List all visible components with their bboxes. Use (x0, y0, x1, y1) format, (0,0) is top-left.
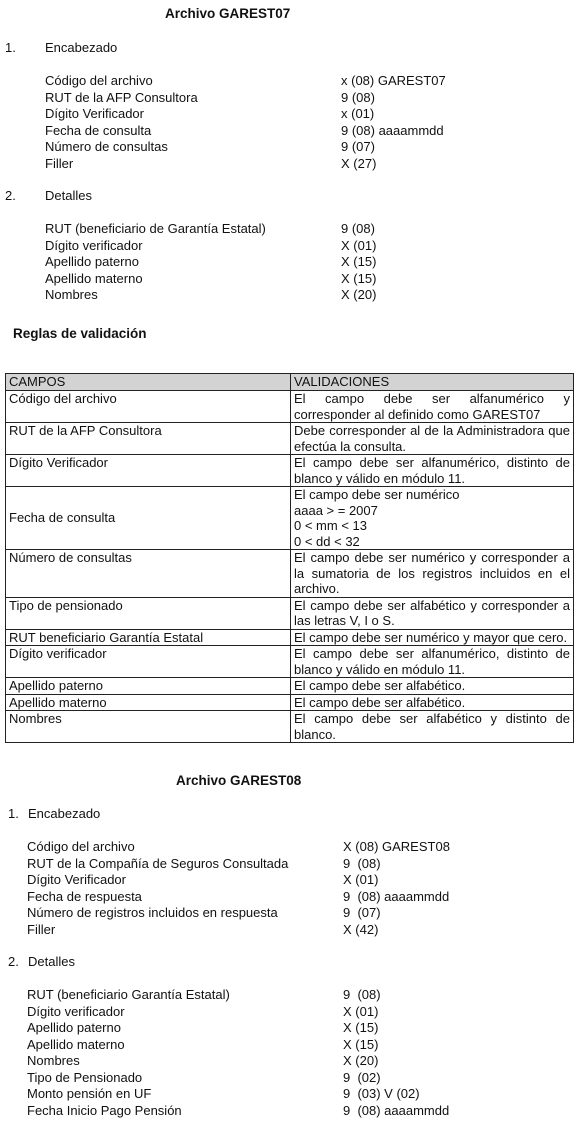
field-format: x (01) (341, 106, 374, 122)
field-format: X (15) (341, 271, 376, 287)
validacion-line: El campo debe ser numérico y corresponde… (294, 550, 570, 597)
field-row: Fecha Inicio Pago Pensión9 (08) aaaammdd (0, 1103, 585, 1119)
field-row: Tipo de Pensionado9 (02) (0, 1070, 585, 1086)
validacion-line: El campo debe ser alfanumérico, distinto… (294, 455, 570, 486)
doc1-section2-number: 2. (5, 188, 16, 204)
field-format: 9 (08) (343, 856, 381, 872)
field-row: FillerX (42) (0, 922, 585, 938)
validation-table: CAMPOS VALIDACIONES Código del archivoEl… (5, 373, 574, 743)
field-name: Dígito verificador (27, 1004, 125, 1020)
campo-cell: Número de consultas (6, 550, 291, 598)
validacion-line: El campo debe ser alfanumérico y corresp… (294, 391, 570, 422)
campo-cell: RUT beneficiario Garantía Estatal (6, 629, 291, 646)
validation-row: RUT beneficiario Garantía EstatalEl camp… (6, 629, 574, 646)
campo-cell: Apellido materno (6, 694, 291, 711)
field-row: RUT de la AFP Consultora9 (08) (0, 90, 585, 106)
doc1-section2-label: Detalles (45, 188, 92, 204)
field-name: Apellido materno (27, 1037, 125, 1053)
validacion-line: Debe corresponder al de la Administrador… (294, 423, 570, 454)
field-format: 9 (07) (341, 139, 375, 155)
field-name: Dígito Verificador (45, 106, 144, 122)
validation-table-header: CAMPOS VALIDACIONES (6, 374, 574, 391)
validacion-cell: El campo debe ser alfabético y distinto … (291, 711, 574, 743)
field-name: RUT (beneficiario de Garantía Estatal) (45, 221, 266, 237)
field-name: Dígito Verificador (27, 872, 126, 888)
field-name: Código del archivo (27, 839, 135, 855)
validation-row: Código del archivoEl campo debe ser alfa… (6, 391, 574, 423)
field-name: RUT de la AFP Consultora (45, 90, 198, 106)
campo-cell: Dígito verificador (6, 646, 291, 678)
field-format: 9 (02) (343, 1070, 381, 1086)
field-row: Código del archivoX (08) GAREST08 (0, 839, 585, 855)
field-name: Código del archivo (45, 73, 153, 89)
field-format: X (01) (343, 872, 378, 888)
field-name: Apellido paterno (27, 1020, 121, 1036)
validacion-line: El campo debe ser alfabético. (294, 695, 570, 711)
field-name: Fecha Inicio Pago Pensión (27, 1103, 182, 1119)
field-format: X (20) (341, 287, 376, 303)
field-row: NombresX (20) (0, 1053, 585, 1069)
field-name: Número de consultas (45, 139, 168, 155)
field-row: Apellido maternoX (15) (0, 1037, 585, 1053)
field-name: Fecha de respuesta (27, 889, 142, 905)
validacion-line: aaaa > = 2007 (294, 503, 570, 519)
validacion-cell: El campo debe ser alfanumérico y corresp… (291, 391, 574, 423)
campo-cell: Apellido paterno (6, 678, 291, 695)
campo-cell: Código del archivo (6, 391, 291, 423)
field-format: X (42) (343, 922, 378, 938)
validacion-cell: El campo debe ser alfabético. (291, 694, 574, 711)
doc2-section2-label: Detalles (28, 954, 75, 970)
field-format: X (01) (343, 1004, 378, 1020)
field-format: 9 (08) aaaammdd (343, 1103, 449, 1119)
validation-row: NombresEl campo debe ser alfabético y di… (6, 711, 574, 743)
validacion-line: El campo debe ser alfabético. (294, 678, 570, 694)
field-name: Nombres (45, 287, 98, 303)
field-row: NombresX (20) (0, 287, 585, 303)
field-format: X (01) (341, 238, 376, 254)
field-row: Dígito verificadorX (01) (0, 238, 585, 254)
validation-heading: Reglas de validación (13, 326, 147, 342)
field-format: 9 (08) (343, 987, 381, 1003)
doc2-section1-label: Encabezado (28, 806, 100, 822)
field-format: 9 (08) (341, 221, 375, 237)
field-name: Número de registros incluidos en respues… (27, 905, 278, 921)
column-header-validaciones: VALIDACIONES (291, 374, 574, 391)
validacion-cell: El campo debe ser numérico y mayor que c… (291, 629, 574, 646)
field-row: Número de consultas9 (07) (0, 139, 585, 155)
field-format: x (08) GAREST07 (341, 73, 446, 89)
validacion-line: El campo debe ser alfanumérico, distinto… (294, 646, 570, 677)
field-format: X (15) (343, 1020, 378, 1036)
field-format: 9 (08) aaaammdd (341, 123, 444, 139)
field-row: RUT de la Compañía de Seguros Consultada… (0, 856, 585, 872)
doc2-section1-number: 1. (8, 806, 19, 822)
field-row: RUT (beneficiario de Garantía Estatal)9 … (0, 221, 585, 237)
campo-cell: Tipo de pensionado (6, 597, 291, 629)
validacion-cell: El campo debe ser alfabético y correspon… (291, 597, 574, 629)
field-row: Código del archivox (08) GAREST07 (0, 73, 585, 89)
campo-cell: Dígito Verificador (6, 455, 291, 487)
doc1-section1-number: 1. (5, 40, 16, 56)
field-row: Dígito VerificadorX (01) (0, 872, 585, 888)
field-name: Dígito verificador (45, 238, 143, 254)
field-name: RUT de la Compañía de Seguros Consultada (27, 856, 288, 872)
validation-row: Dígito VerificadorEl campo debe ser alfa… (6, 455, 574, 487)
validacion-cell: Debe corresponder al de la Administrador… (291, 423, 574, 455)
validation-row: Dígito verificadorEl campo debe ser alfa… (6, 646, 574, 678)
validacion-line: El campo debe ser numérico (294, 487, 570, 503)
field-row: RUT (beneficiario Garantía Estatal)9 (08… (0, 987, 585, 1003)
field-format: X (15) (341, 254, 376, 270)
validacion-line: El campo debe ser alfabético y correspon… (294, 598, 570, 629)
validation-row: Número de consultasEl campo debe ser num… (6, 550, 574, 598)
field-row: Apellido paternoX (15) (0, 254, 585, 270)
field-name: Tipo de Pensionado (27, 1070, 142, 1086)
validacion-line: El campo debe ser alfabético y distinto … (294, 711, 570, 742)
validacion-line: El campo debe ser numérico y mayor que c… (294, 630, 570, 646)
campo-cell: RUT de la AFP Consultora (6, 423, 291, 455)
validation-row: Apellido paternoEl campo debe ser alfabé… (6, 678, 574, 695)
field-row: Fecha de consulta9 (08) aaaammdd (0, 123, 585, 139)
validacion-cell: El campo debe ser numérico y corresponde… (291, 550, 574, 598)
validacion-line: 0 < dd < 32 (294, 534, 570, 550)
field-name: Nombres (27, 1053, 80, 1069)
campo-cell: Fecha de consulta (6, 487, 291, 550)
validation-row: Tipo de pensionadoEl campo debe ser alfa… (6, 597, 574, 629)
validation-row: Fecha de consultaEl campo debe ser numér… (6, 487, 574, 550)
field-name: Monto pensión en UF (27, 1086, 151, 1102)
field-format: X (20) (343, 1053, 378, 1069)
field-row: Dígito Verificadorx (01) (0, 106, 585, 122)
field-row: Dígito verificadorX (01) (0, 1004, 585, 1020)
field-format: X (27) (341, 156, 376, 172)
field-format: 9 (07) (343, 905, 381, 921)
field-format: 9 (08) (341, 90, 375, 106)
validacion-cell: El campo debe ser alfanumérico, distinto… (291, 455, 574, 487)
validacion-cell: El campo debe ser numéricoaaaa > = 20070… (291, 487, 574, 550)
field-row: Monto pensión en UF9 (03) V (02) (0, 1086, 585, 1102)
doc2-title: Archivo GAREST08 (176, 773, 301, 789)
field-row: Número de registros incluidos en respues… (0, 905, 585, 921)
field-name: Filler (45, 156, 73, 172)
validation-row: Apellido maternoEl campo debe ser alfabé… (6, 694, 574, 711)
field-name: Apellido paterno (45, 254, 139, 270)
validacion-cell: El campo debe ser alfabético. (291, 678, 574, 695)
field-row: Apellido maternoX (15) (0, 271, 585, 287)
column-header-campos: CAMPOS (6, 374, 291, 391)
campo-cell: Nombres (6, 711, 291, 743)
doc1-title: Archivo GAREST07 (165, 6, 290, 22)
field-name: Fecha de consulta (45, 123, 151, 139)
validacion-line: 0 < mm < 13 (294, 518, 570, 534)
field-row: FillerX (27) (0, 156, 585, 172)
field-format: 9 (08) aaaammdd (343, 889, 449, 905)
doc2-section2-number: 2. (8, 954, 19, 970)
validacion-cell: El campo debe ser alfanumérico, distinto… (291, 646, 574, 678)
doc1-section1-label: Encabezado (45, 40, 117, 56)
field-name: Apellido materno (45, 271, 143, 287)
field-name: RUT (beneficiario Garantía Estatal) (27, 987, 230, 1003)
field-row: Fecha de respuesta9 (08) aaaammdd (0, 889, 585, 905)
field-name: Filler (27, 922, 55, 938)
validation-row: RUT de la AFP ConsultoraDebe corresponde… (6, 423, 574, 455)
field-format: X (15) (343, 1037, 378, 1053)
field-format: X (08) GAREST08 (343, 839, 450, 855)
field-format: 9 (03) V (02) (343, 1086, 420, 1102)
field-row: Apellido paternoX (15) (0, 1020, 585, 1036)
